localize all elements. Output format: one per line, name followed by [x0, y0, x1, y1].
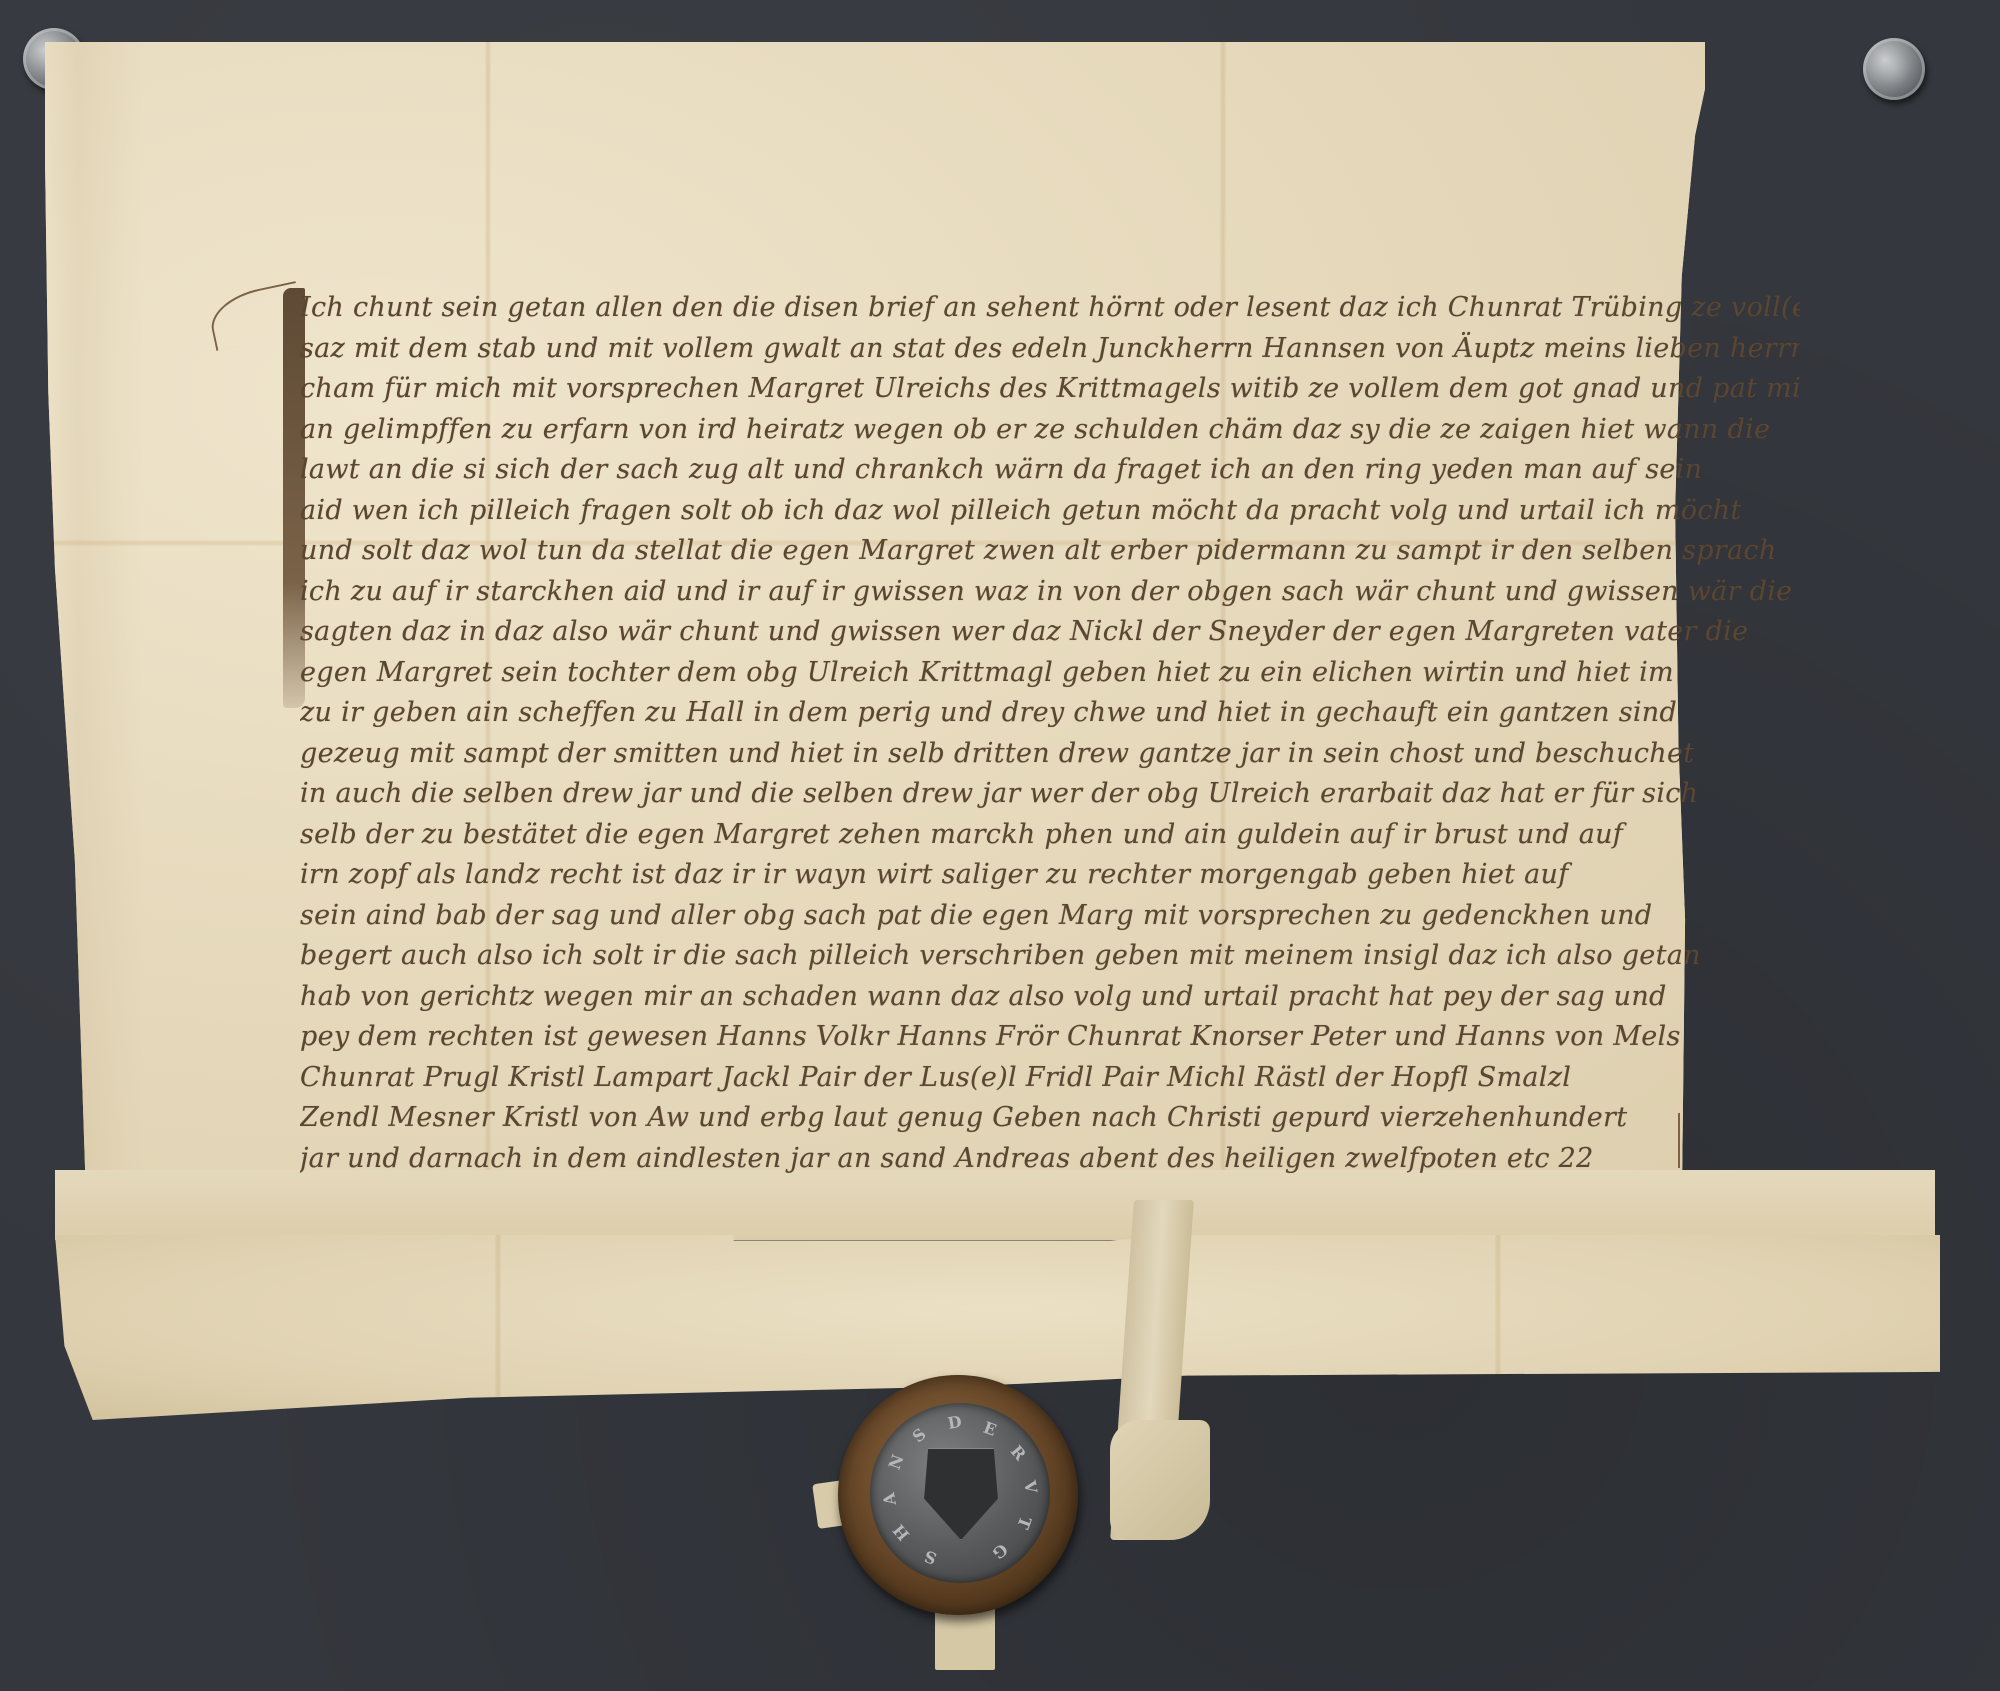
text-line-20: Chunrat Prugl Kristl Lampart Jackl Pair … [300, 1058, 1800, 1099]
plica-band [55, 1170, 1935, 1240]
seal-tag-curl [1110, 1420, 1210, 1540]
text-line-2: saz mit dem stab und mit vollem gwalt an… [300, 329, 1800, 370]
text-line-3: cham für mich mit vorsprechen Margret Ul… [300, 369, 1800, 410]
text-line-1: Ich chunt sein getan allen den die disen… [300, 288, 1800, 329]
plica-crease-right [1495, 1235, 1501, 1420]
text-line-12: gezeug mit sampt der smitten und hiet in… [300, 734, 1800, 775]
seal-legend-char: E [981, 1418, 999, 1440]
seal-legend-char: H [889, 1521, 913, 1545]
text-line-18: hab von gerichtz wegen mir an schaden wa… [300, 977, 1800, 1018]
text-line-8: ich zu auf ir starckhen aid und ir auf i… [300, 572, 1800, 613]
seal-legend-char: D [946, 1412, 963, 1433]
seal-legend-char: N [885, 1452, 908, 1472]
text-line-22: jar und darnach in dem aindlesten jar an… [300, 1139, 1800, 1180]
seal-impression: S H A N S D E R V T G [870, 1403, 1050, 1583]
seal-legend-char: R [1007, 1442, 1030, 1464]
plica-crease-left [495, 1235, 501, 1420]
seal-legend-char: A [879, 1491, 900, 1507]
text-line-13: in auch die selben drew jar und die selb… [300, 774, 1800, 815]
text-line-19: pey dem rechten ist gewesen Hanns Volkr … [300, 1017, 1800, 1058]
seal-legend-char: G [989, 1540, 1012, 1563]
seal-legend-char: S [909, 1424, 930, 1446]
seal-legend-char: V [1020, 1479, 1041, 1495]
seal-legend-char: S [922, 1546, 939, 1568]
text-line-7: und solt daz wol tun da stellat die egen… [300, 531, 1800, 572]
text-line-14: selb der zu bestätet die egen Margret ze… [300, 815, 1800, 856]
text-line-17: begert auch also ich solt ir die sach pi… [300, 936, 1800, 977]
text-line-9: sagten daz in daz also wär chunt und gwi… [300, 612, 1800, 653]
text-line-10: egen Margret sein tochter dem obg Ulreic… [300, 653, 1800, 694]
text-line-11: zu ir geben ain scheffen zu Hall in dem … [300, 693, 1800, 734]
seal-legend-char: T [1013, 1514, 1035, 1532]
text-line-6: aid wen ich pilleich fragen solt ob ich … [300, 491, 1800, 532]
text-line-21: Zendl Mesner Kristl von Aw und erbg laut… [300, 1098, 1800, 1139]
text-line-15: irn zopf als landz recht ist daz ir ir w… [300, 855, 1800, 896]
text-line-16: sein aind bab der sag und aller obg sach… [300, 896, 1800, 937]
magnet-top-right [1863, 38, 1925, 100]
text-line-5: lawt an die si sich der sach zug alt und… [300, 450, 1800, 491]
text-line-4: an gelimpffen zu erfarn von ird heiratz … [300, 410, 1800, 451]
date-flourish-mark [1678, 1113, 1680, 1168]
seal-legend: S H A N S D E R V T G [870, 1403, 1050, 1583]
wax-seal: S H A N S D E R V T G [838, 1375, 1078, 1615]
charter-text: Ich chunt sein getan allen den die disen… [300, 288, 1800, 1179]
